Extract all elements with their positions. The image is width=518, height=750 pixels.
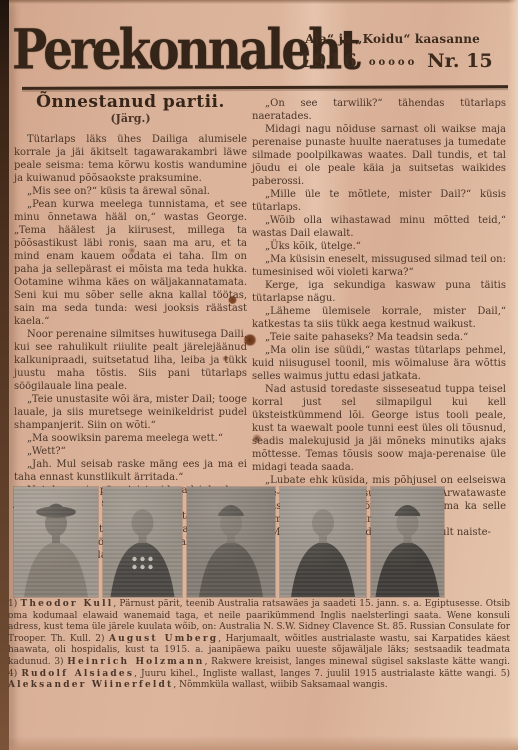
article-paragraph: „Ma küsisin eneselt, missugused silmad t… (252, 253, 506, 279)
article-paragraph: „Ma olin ise süüdi,“ wastas tütarlaps pe… (252, 344, 506, 383)
article-paragraph: Midagi nagu nõiduse sarnast oli waikse m… (252, 123, 506, 188)
portrait-photo-soldier-medals (103, 487, 182, 597)
masthead-issue-number: Nr. 15 (427, 50, 492, 72)
soldier-photo-strip (14, 487, 444, 597)
article-paragraph: „Wõib olla wihastawad minu mõtted teid,“… (252, 214, 506, 240)
article-paragraph: „Teie saite pahaseks? Ma teadsin seda.“ (252, 331, 506, 344)
article-paragraph: „Üks kõik, ütelge.“ (252, 240, 506, 253)
caption-person-name: August Umberg (109, 634, 218, 644)
caption-person-name: Aleksander Wiinerfeldt (8, 680, 173, 690)
article-paragraph: Noor perenaine silmitses huwitusega Dail… (14, 328, 247, 393)
portrait-photo-soldier-cap (187, 487, 275, 597)
masthead-right-block: „Aja“ ja „Koidu“ kaasanne 1916 ooooo Nr.… (298, 32, 508, 72)
article-title: Õnnestanud partii. (14, 96, 247, 109)
masthead-rule (22, 85, 508, 90)
portrait-photo-man-dark-hat (371, 487, 444, 597)
scan-edge-top (0, 0, 518, 4)
masthead-year: 1916 (298, 50, 359, 72)
article-paragraph: „Pean kurwa meelega tunnistama, et see m… (14, 198, 247, 328)
masthead-issue-row: 1916 ooooo Nr. 15 (298, 50, 508, 72)
article-paragraph: Kerge, iga sekundiga kaswaw puna täitis … (252, 279, 506, 305)
masthead-ornament: ooooo (369, 57, 417, 68)
caption-person-name: Rudolf Alsiades (21, 669, 134, 679)
caption-person-name: Theodor Kull (20, 599, 113, 609)
article-paragraph: „Mille üle te mõtlete, mister Dail?“ küs… (252, 188, 506, 214)
article-paragraph: Tütarlaps läks ühes Dailiga alumisele ko… (14, 133, 247, 185)
article-paragraph: „On see tarwilik?“ tähendas tütarlaps na… (252, 97, 506, 123)
caption-text: 1) (8, 599, 20, 609)
article-column-right: „On see tarwilik?“ tähendas tütarlaps na… (252, 97, 506, 539)
article-paragraph: „Jah. Mul seisab raske mäng ees ja ma ei… (14, 458, 247, 484)
article-paragraph: „Teie unustasite wõi ära, mister Dail; t… (14, 393, 247, 432)
newspaper-page: Perekonnaleht „Aja“ ja „Koidu“ kaasanne … (0, 0, 518, 750)
masthead-subtitle: „Aja“ ja „Koidu“ kaasanne (298, 32, 508, 46)
caption-text: , Juuru kihel., Ingliste wallast, langes… (134, 669, 510, 679)
article-paragraph: „Läheme ülemisele korrale, mister Dail,“… (252, 305, 506, 331)
photo-caption: 1) Theodor Kull, Pärnust pärit, teenib A… (8, 599, 510, 692)
article-paragraph: „Wett?“ (14, 445, 247, 458)
caption-text: , Nõmmküla wallast, wiibib Saksamaal wan… (173, 680, 387, 690)
portrait-photo-soldier-slouch-hat (14, 487, 98, 597)
article-paragraph: „Ma soowiksin parema meelega wett.“ (14, 432, 247, 445)
article-paragraph: „Mis see on?“ küsis ta ärewal sõnal. (14, 185, 247, 198)
portrait-photo-man-suit (280, 487, 366, 597)
article-paragraph: Nad astusid toredaste sisseseatud tuppa … (252, 383, 506, 474)
caption-person-name: Heinrich Holzmann (67, 657, 204, 667)
scan-edge-bottom (0, 736, 518, 750)
article-continuation-note: (Järg.) (14, 112, 247, 125)
